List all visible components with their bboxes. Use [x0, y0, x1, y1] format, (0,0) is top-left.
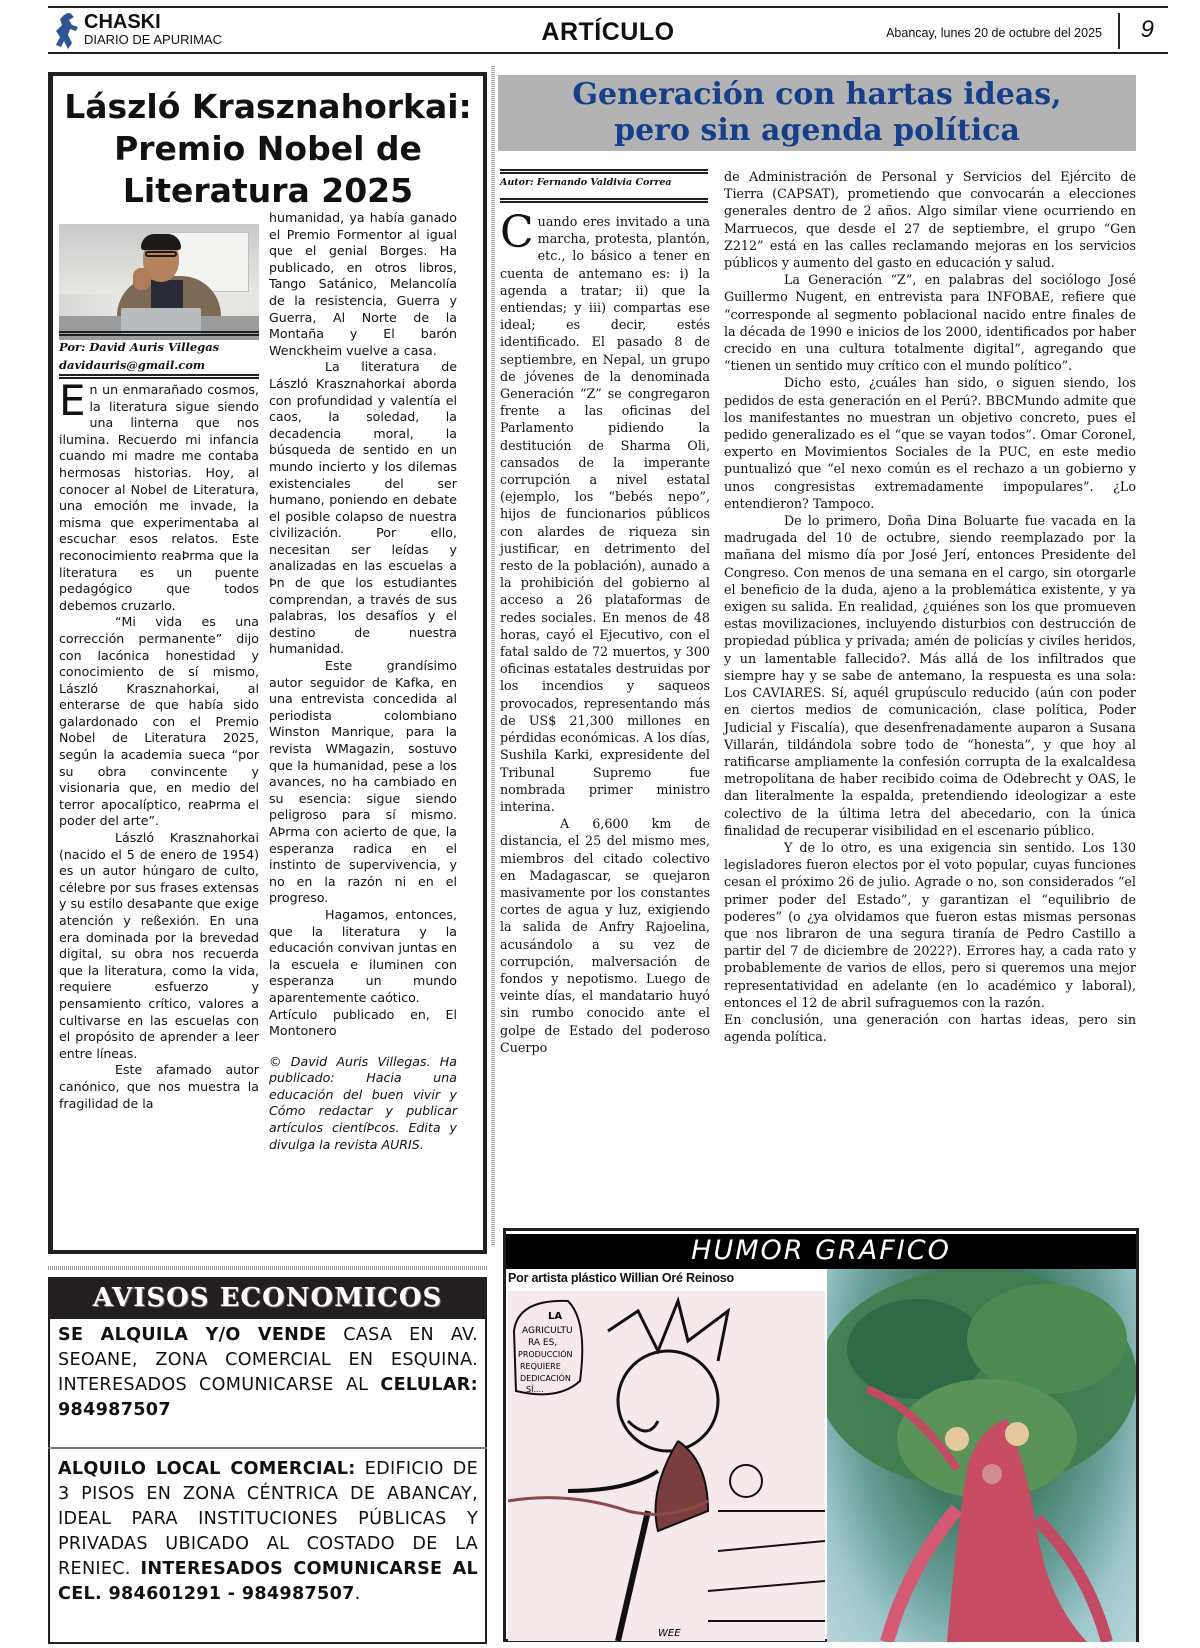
paragraph: de Administración de Personal y Servicio…: [724, 168, 1136, 271]
paragraph: Y de lo otro, es una exigencia sin senti…: [724, 839, 1136, 1011]
article-column-2: humanidad, ya había ganado el Premio For…: [269, 210, 457, 1153]
author-rule-bottom: [500, 198, 708, 203]
byline-rule-bottom: [59, 374, 259, 379]
humor-header: HUMOR GRAFICO: [506, 1231, 1136, 1269]
paragraph: La literatura de László Krasznahorkai ab…: [269, 359, 457, 658]
paragraph: Este afamado autor canónico, que nos mue…: [59, 1062, 259, 1112]
byline: Por: David Auris Villegas davidauris@gma…: [59, 338, 259, 374]
paragraph: A 6,600 km de distancia, el 25 del mismo…: [500, 815, 710, 1056]
ad-divider: [48, 1447, 487, 1449]
author-email: davidauris@gmail.com: [59, 356, 259, 374]
section-divider: [48, 1266, 488, 1270]
page-number: 9: [1141, 16, 1154, 44]
conclusion: En conclusión, una generación con hartas…: [724, 1011, 1136, 1045]
masthead: CHASKI DIARIO DE APURIMAC ARTÍCULO Abanc…: [48, 6, 1168, 54]
drop-cap: E: [59, 384, 86, 418]
article-title: László Krasznahorkai: Premio Nobel de Li…: [53, 86, 483, 212]
paragraph: Cuando eres invitado a una marcha, prote…: [500, 213, 710, 815]
nobel-article: László Krasznahorkai: Premio Nobel de Li…: [48, 72, 487, 1254]
column-divider: [491, 66, 495, 1246]
classifieds: AVISOS ECONOMICOS SE ALQUILA Y/O VENDE C…: [48, 1277, 487, 1644]
drop-cap: C: [500, 215, 534, 251]
svg-text:DEDICACIÓN: DEDICACIÓN: [520, 1372, 571, 1383]
publication-note: Artículo publicado en, El Montonero: [269, 1007, 457, 1040]
tree-painting: [827, 1269, 1136, 1642]
classifieds-title: AVISOS ECONOMICOS: [48, 1277, 487, 1319]
paragraph: Hagamos, entonces, que la literatura y l…: [269, 907, 457, 1007]
paragraph: En un enmarañado cosmos, la literatura s…: [59, 382, 259, 614]
author-credit: © David Auris Villegas. Ha publicado: Ha…: [269, 1054, 457, 1154]
humor-grafico: HUMOR GRAFICO Por artista plástico Willi…: [503, 1228, 1139, 1642]
svg-text:RA ES,: RA ES,: [528, 1338, 557, 1348]
article-headline: Generación con hartas ideas, pero sin ag…: [498, 77, 1136, 149]
artist-credit: Por artista plástico Willian Oré Reinoso: [508, 1271, 734, 1285]
farmer-caricature-icon: LA AGRICULTU RA ES, PRODUCCIÓN REQUIERE …: [508, 1291, 825, 1641]
paragraph: De lo primero, Doña Dina Boluarte fue va…: [724, 512, 1136, 839]
classified-ad-2: ALQUILO LOCAL COMERCIAL: EDIFICIO DE 3 P…: [58, 1457, 478, 1607]
paragraph: Dicho esto, ¿cuáles han sido, o siguen s…: [724, 374, 1136, 512]
dateline: Abancay, lunes 20 de octubre del 2025: [886, 26, 1102, 40]
cartoon-illustration: LA AGRICULTU RA ES, PRODUCCIÓN REQUIERE …: [508, 1291, 825, 1641]
author-name: Por: David Auris Villegas: [59, 338, 259, 356]
svg-text:LA: LA: [548, 1311, 562, 1322]
paragraph: Este grandísimo autor seguidor de Kafka,…: [269, 658, 457, 907]
svg-text:AGRICULTU: AGRICULTU: [522, 1326, 573, 1336]
classified-ad-1: SE ALQUILA Y/O VENDE CASA EN AV. SEOANE,…: [58, 1323, 478, 1423]
author-label: Autor: Fernando Valdivia Correa: [500, 172, 710, 194]
article-column-1: En un enmarañado cosmos, la literatura s…: [59, 382, 259, 1112]
humor-title: HUMOR GRAFICO: [506, 1234, 1136, 1268]
svg-text:WEE: WEE: [658, 1628, 681, 1639]
paragraph: László Krasznahorkai (nacido el 5 de ene…: [59, 830, 259, 1062]
byline-rule-top: [59, 331, 259, 336]
paragraph: La Generación “Z”, en palabras del soció…: [724, 271, 1136, 374]
paragraph: humanidad, ya había ganado el Premio For…: [269, 210, 457, 359]
author-photo: [59, 224, 259, 340]
page-number-divider: [1118, 13, 1120, 49]
svg-text:PRODUCCIÓN: PRODUCCIÓN: [518, 1348, 573, 1359]
svg-text:SÍ....: SÍ....: [526, 1383, 544, 1394]
headline-banner: Generación con hartas ideas, pero sin ag…: [498, 75, 1136, 151]
svg-text:REQUIERE: REQUIERE: [520, 1362, 561, 1371]
author-box: Autor: Fernando Valdivia Correa: [500, 172, 710, 194]
generacion-column-1: Cuando eres invitado a una marcha, prote…: [500, 213, 710, 1056]
classifieds-header: AVISOS ECONOMICOS: [48, 1277, 487, 1319]
tree-painting-icon: [827, 1269, 1136, 1642]
generacion-column-2: de Administración de Personal y Servicio…: [724, 168, 1136, 1045]
paragraph: “Mi vida es una corrección permanente” d…: [59, 614, 259, 830]
